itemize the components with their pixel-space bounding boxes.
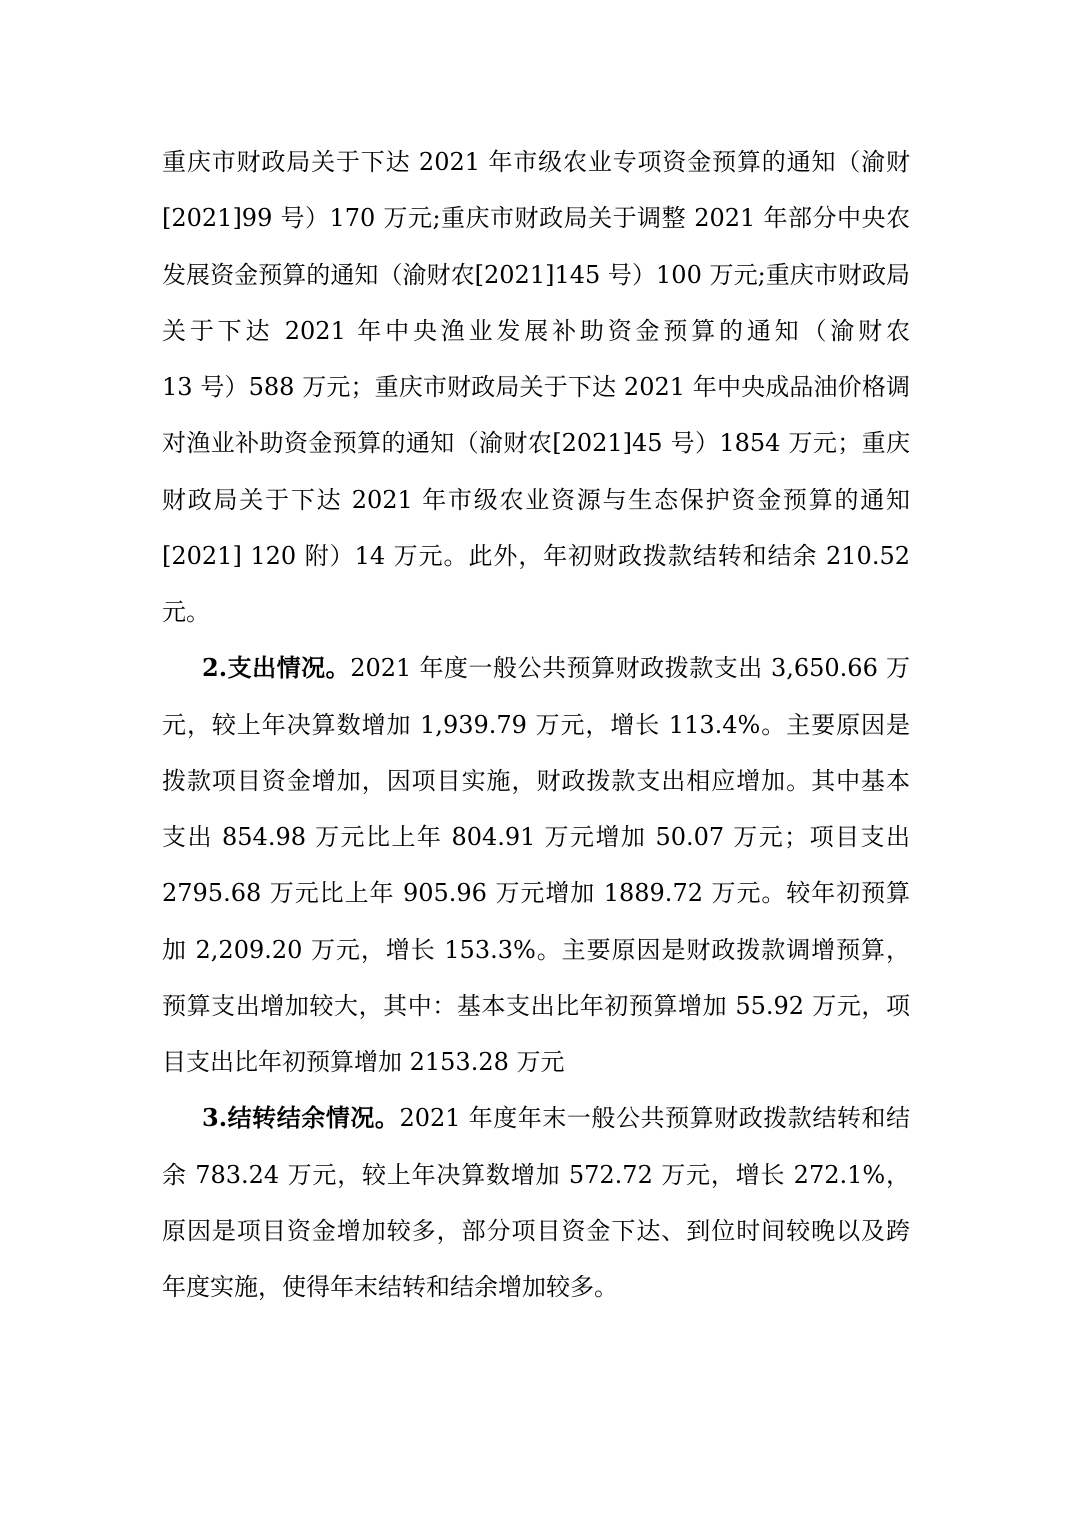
text-line: 2.支出情况。2021 年度一般公共预算财政拨款支出 3,650.66 万 xyxy=(162,640,910,696)
paragraph-expenditure: 2.支出情况。2021 年度一般公共预算财政拨款支出 3,650.66 万 元，… xyxy=(162,640,910,1090)
text-line: 目支出比年初预算增加 2153.28 万元 xyxy=(162,1034,910,1090)
text-line: 13 号）588 万元；重庆市财政局关于下达 2021 年中央成品油价格调整 xyxy=(162,359,910,415)
paragraph-funding-notices: 重庆市财政局关于下达 2021 年市级农业专项资金预算的通知（渝财农 [2021… xyxy=(162,134,910,640)
text-run: 2021 年度年末一般公共预算财政拨款结转和结 xyxy=(399,1104,910,1132)
text-line: 3.结转结余情况。2021 年度年末一般公共预算财政拨款结转和结 xyxy=(162,1090,910,1146)
text-line: [2021] 120 附）14 万元。此外，年初财政拨款结转和结余 210.52… xyxy=(162,528,910,584)
text-line: 对渔业补助资金预算的通知（渝财农[2021]45 号）1854 万元；重庆市 xyxy=(162,415,910,471)
text-line: 原因是项目资金增加较多，部分项目资金下达、到位时间较晚以及跨 xyxy=(162,1203,910,1259)
text-run: 2021 年度一般公共预算财政拨款支出 3,650.66 万 xyxy=(350,654,910,682)
text-line: 年度实施，使得年末结转和结余增加较多。 xyxy=(162,1259,910,1315)
section-heading-expenditure: 2.支出情况。 xyxy=(202,653,350,682)
document-body: 重庆市财政局关于下达 2021 年市级农业专项资金预算的通知（渝财农 [2021… xyxy=(162,134,910,1315)
text-line: [2021]99 号）170 万元;重庆市财政局关于调整 2021 年部分中央农… xyxy=(162,190,910,246)
text-line: 余 783.24 万元，较上年决算数增加 572.72 万元，增长 272.1%… xyxy=(162,1147,910,1203)
text-line: 元。 xyxy=(162,584,910,640)
text-line: 重庆市财政局关于下达 2021 年市级农业专项资金预算的通知（渝财农 xyxy=(162,134,910,190)
text-line: 关于下达 2021 年中央渔业发展补助资金预算的通知（渝财农〔2021〕 xyxy=(162,303,910,359)
document-page: 重庆市财政局关于下达 2021 年市级农业专项资金预算的通知（渝财农 [2021… xyxy=(0,0,1074,1520)
text-line: 支出 854.98 万元比上年 804.91 万元增加 50.07 万元；项目支… xyxy=(162,809,910,865)
text-line: 元，较上年决算数增加 1,939.79 万元，增长 113.4%。主要原因是财政 xyxy=(162,697,910,753)
text-line: 发展资金预算的通知（渝财农[2021]145 号）100 万元;重庆市财政局 xyxy=(162,247,910,303)
text-line: 拨款项目资金增加，因项目实施，财政拨款支出相应增加。其中基本 xyxy=(162,753,910,809)
text-line: 2795.68 万元比上年 905.96 万元增加 1889.72 万元。较年初… xyxy=(162,865,910,921)
text-line: 预算支出增加较大，其中：基本支出比年初预算增加 55.92 万元，项 xyxy=(162,978,910,1034)
text-line: 加 2,209.20 万元，增长 153.3%。主要原因是财政拨款调增预算，使得 xyxy=(162,922,910,978)
section-heading-carryover: 3.结转结余情况。 xyxy=(202,1103,399,1132)
text-line: 财政局关于下达 2021 年市级农业资源与生态保护资金预算的通知（农 xyxy=(162,472,910,528)
paragraph-carryover: 3.结转结余情况。2021 年度年末一般公共预算财政拨款结转和结 余 783.2… xyxy=(162,1090,910,1315)
